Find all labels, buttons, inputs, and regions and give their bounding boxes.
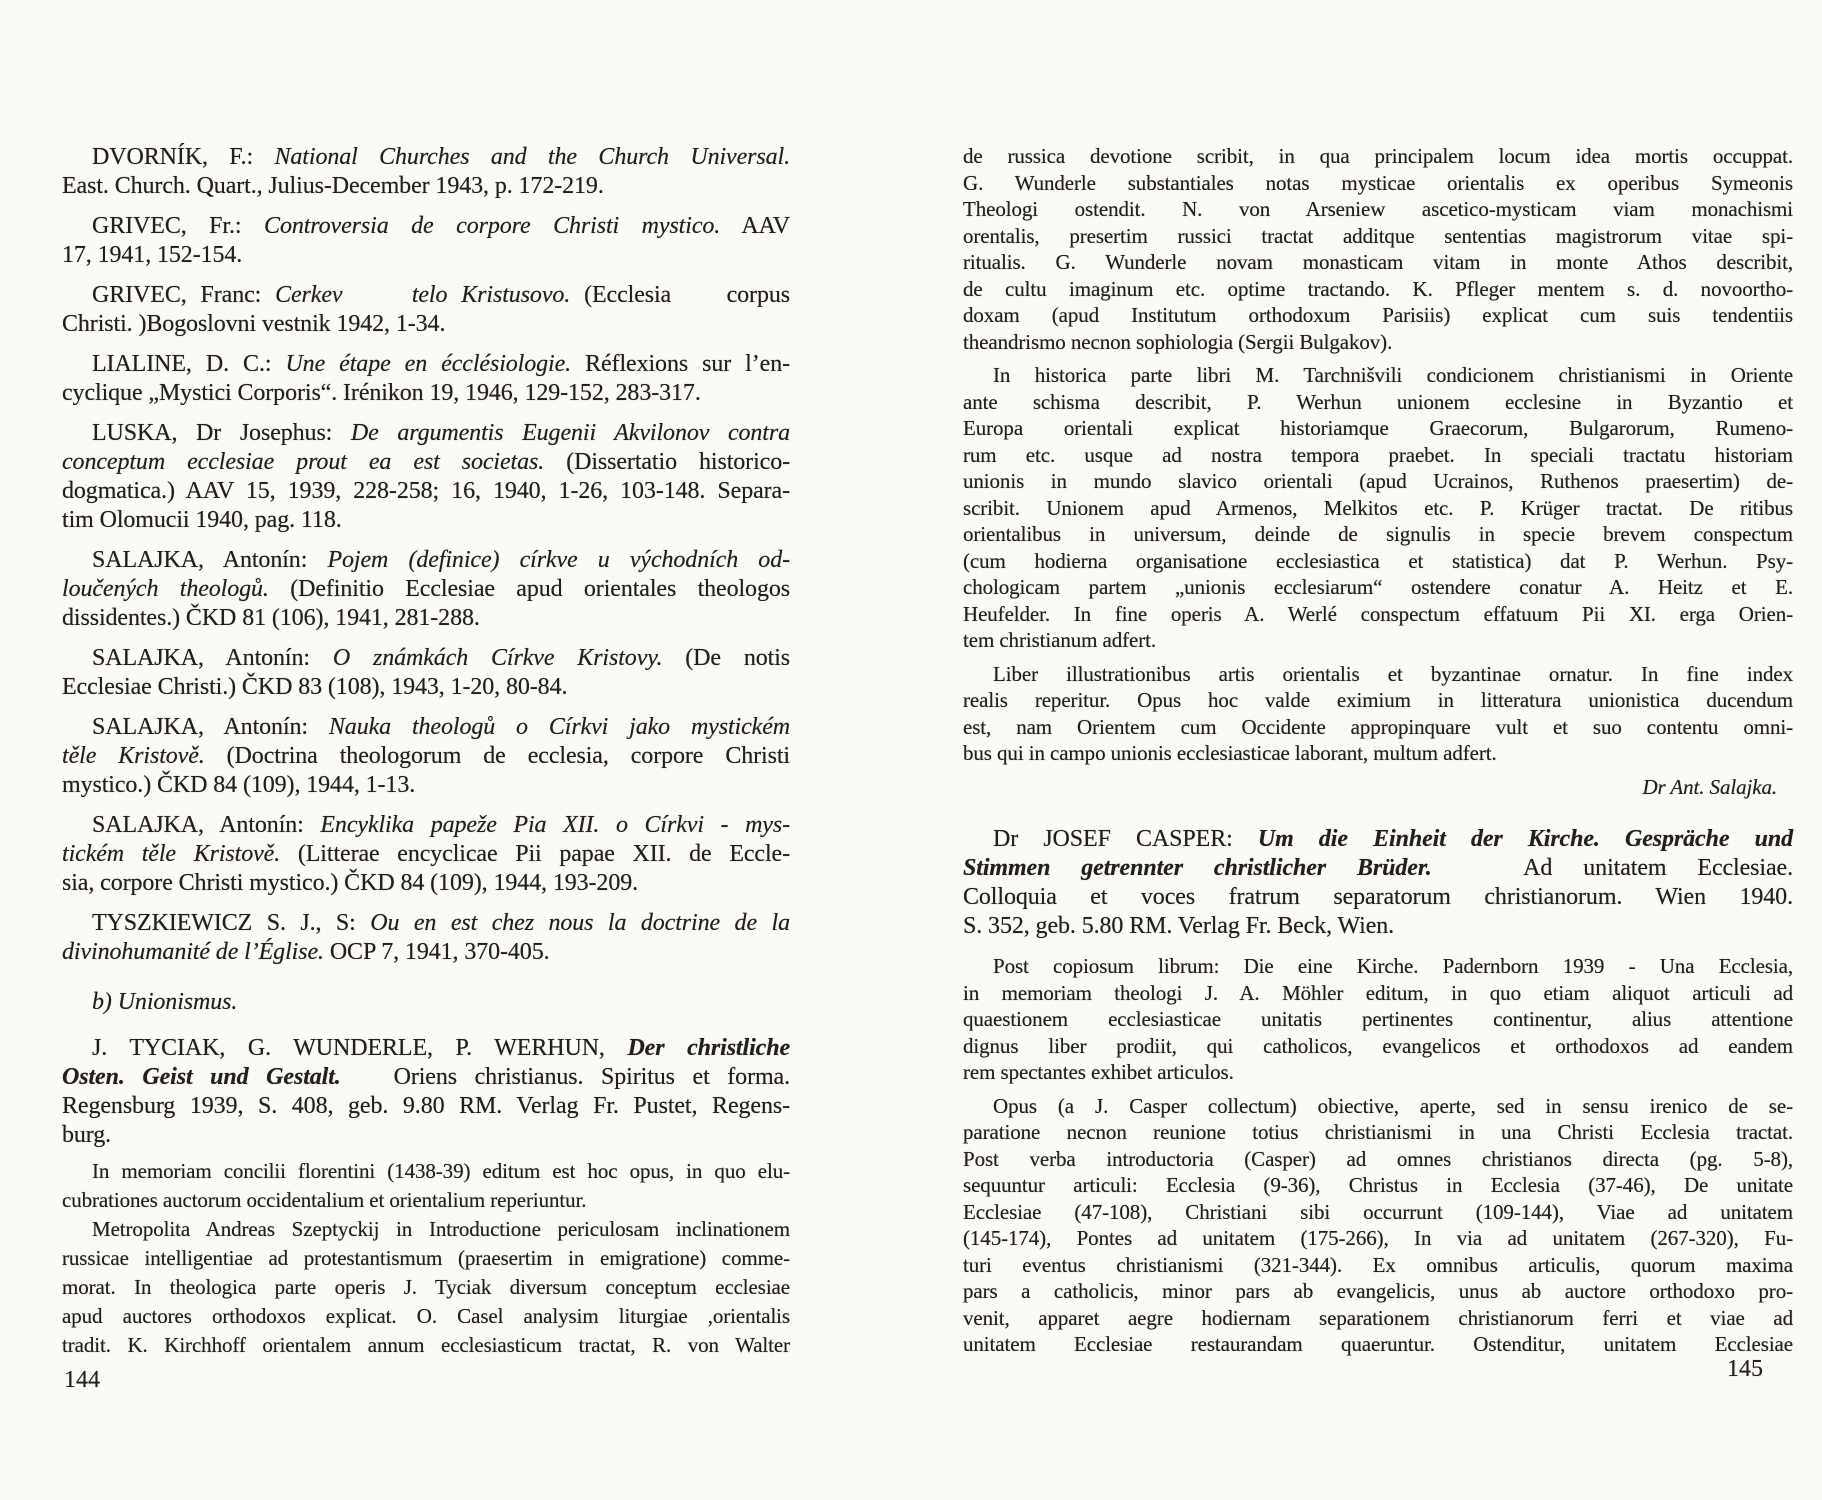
text-line: paratione necnon reunione totius christi… [963, 1119, 1793, 1146]
text-segment: pars a catholicis, minor pars ab evangel… [963, 1279, 1793, 1303]
text-segment: 17, 1941, 152-154. [62, 242, 242, 268]
text-segment: doxam (apud Institutum orthodoxum Parisi… [963, 303, 1793, 327]
text-line: chologicam partem „unionis ecclesiarum“ … [963, 574, 1793, 601]
text-line: Heufelder. In fine operis A. Werlé consp… [963, 601, 1793, 628]
work-title-segment: Pojem (definice) církve u východních od- [327, 547, 790, 573]
text-segment: scribit. Unionem apud Armenos, Melkitos … [963, 496, 1793, 520]
text-line: quaestionem ecclesiasticae unitatis pert… [963, 1006, 1793, 1033]
text-segment: East. Church. Quart., Julius-December 19… [62, 173, 604, 199]
review-paragraph: Post copiosum librum: Die eine Kirche. P… [963, 953, 1793, 1086]
text-line: In historica parte libri M. Tarchnišvili… [963, 362, 1793, 389]
text-segment: dignus liber prodiit, qui catholicos, ev… [963, 1034, 1793, 1058]
text-segment: GRIVEC, Fr.: [92, 213, 264, 239]
work-title-segment: National Churches and the Church Univers… [275, 144, 791, 170]
text-line: unitatem Ecclesiae restaurandam quaerunt… [963, 1331, 1793, 1358]
text-segment: apud auctores orthodoxos explicat. O. Ca… [62, 1304, 790, 1328]
bib-entry-dvornik: DVORNÍK, F.: National Churches and the C… [62, 143, 790, 201]
text-segment: sia, corpore Christi mystico.) ČKD 84 (1… [62, 870, 638, 896]
text-line: burg. [62, 1121, 790, 1150]
text-segment: tem christianum adfert. [963, 628, 1156, 652]
text-segment: DVORNÍK, F.: [92, 144, 275, 170]
text-segment: unionis in mundo slavico orientali (apud… [963, 469, 1793, 493]
page-number-right: 145 [963, 1356, 1791, 1383]
text-segment: (Doctrina theologorum de ecclesia, corpo… [205, 743, 790, 769]
text-line: Europa orientali explicat historiamque G… [963, 415, 1793, 442]
text-line: dignus liber prodiit, qui catholicos, ev… [963, 1033, 1793, 1060]
text-segment: AAV [720, 213, 790, 239]
text-segment: rum etc. usque ad nostra tempora praebet… [963, 443, 1793, 467]
text-line: de cultu imaginum etc. optime tractando.… [963, 276, 1793, 303]
text-segment: G. Wunderle substantiales notas mysticae… [963, 171, 1793, 195]
text-segment: sequuntur articuli: Ecclesia (9-36), Chr… [963, 1173, 1793, 1197]
text-line: East. Church. Quart., Julius-December 19… [62, 172, 790, 201]
text-line: est, nam Orientem cum Occidente appropin… [963, 714, 1793, 741]
bib-entry-grivec-2: GRIVEC, Franc: Cerkev telo Kristusovo. (… [62, 281, 790, 339]
text-line: cyclique „Mystici Corporis“. Irénikon 19… [62, 379, 790, 408]
text-line: Stimmen getrennter christlicher Brüder. … [963, 854, 1793, 883]
text-line: (cum hodierna organisatione ecclesiastic… [963, 548, 1793, 575]
text-line: rum etc. usque ad nostra tempora praebet… [963, 442, 1793, 469]
text-segment: de cultu imaginum etc. optime tractando.… [963, 277, 1793, 301]
bib-entry-tyszkiewicz: TYSZKIEWICZ S. J., S: Ou en est chez nou… [62, 909, 790, 967]
book-heading-casper: Dr JOSEF CASPER: Um die Einheit der Kirc… [963, 825, 1793, 941]
review-paragraph: In memoriam concilii florentini (1438-39… [62, 1157, 790, 1215]
text-line: conceptum ecclesiae prout ea est societa… [62, 448, 790, 477]
text-segment: (cum hodierna organisatione ecclesiastic… [963, 549, 1793, 573]
text-segment: theandrismo necnon sophiologia (Sergii B… [963, 330, 1392, 354]
bib-entry-salajka-3: SALAJKA, Antonín: Nauka theologů o Církv… [62, 713, 790, 800]
text-segment: (De notis [662, 645, 790, 671]
text-segment: SALAJKA, Antonín: [92, 812, 320, 838]
work-title-segment: loučených theologů. [62, 576, 269, 602]
text-segment: Christi. )Bogoslovni vestnik 1942, 1-34. [62, 311, 445, 337]
text-segment: In memoriam concilii florentini (1438-39… [92, 1159, 790, 1183]
text-segment: Europa orientali explicat historiamque G… [963, 416, 1793, 440]
text-segment: cyclique „Mystici Corporis“. Irénikon 19… [62, 380, 701, 406]
section-heading-unionismus: b) Unionismus. [62, 988, 790, 1017]
text-segment: orientalibus in universum, deinde de sig… [963, 522, 1793, 546]
text-line: realis reperitur. Opus hoc valde eximium… [963, 687, 1793, 714]
text-line: apud auctores orthodoxos explicat. O. Ca… [62, 1302, 790, 1331]
text-line: LIALINE, D. C.: Une étape en écclésiolog… [62, 350, 790, 379]
page-left-text-column: DVORNÍK, F.: National Churches and the C… [62, 143, 790, 1360]
text-line: b) Unionismus. [62, 988, 790, 1017]
bib-entry-salajka-4: SALAJKA, Antonín: Encyklika papeže Pia X… [62, 811, 790, 898]
text-segment: morat. In theologica parte operis J. Tyc… [62, 1275, 790, 1299]
text-segment: Regensburg 1939, S. 408, geb. 9.80 RM. V… [62, 1093, 790, 1119]
text-line: russicae intelligentiae ad protestantism… [62, 1244, 790, 1273]
text-segment: LIALINE, D. C.: [92, 351, 285, 377]
review-paragraph: In historica parte libri M. Tarchnišvili… [963, 362, 1793, 654]
bib-entry-luska: LUSKA, Dr Josephus: De argumentis Eugeni… [62, 419, 790, 535]
work-title-segment: b) Unionismus. [92, 989, 237, 1015]
text-segment: TYSZKIEWICZ S. J., S: [92, 910, 370, 936]
text-line: bus qui in campo unionis ecclesiasticae … [963, 740, 1793, 767]
text-segment: Colloquia et voces fratrum separatorum c… [963, 884, 1793, 910]
text-line: scribit. Unionem apud Armenos, Melkitos … [963, 495, 1793, 522]
text-line: in memoriam theologi J. A. Möhler editum… [963, 980, 1793, 1007]
page-number-left: 144 [64, 1367, 100, 1394]
text-line: SALAJKA, Antonín: Nauka theologů o Církv… [62, 713, 790, 742]
work-title-segment: Nauka theologů o Církvi jako mystickém [329, 714, 790, 740]
work-title-segment: Der christliche [627, 1035, 790, 1061]
text-segment: Ecclesiae (47-108), Christiani sibi occu… [963, 1200, 1793, 1224]
work-title-segment: Encyklika papeže Pia XII. o Církvi - mys… [320, 812, 790, 838]
text-line: tickém těle Kristově. (Litterae encyclic… [62, 840, 790, 869]
text-line: orientalibus in universum, deinde de sig… [963, 521, 1793, 548]
text-segment: dissidentes.) ČKD 81 (106), 1941, 281-28… [62, 605, 480, 631]
text-segment: Ecclesiae Christi.) ČKD 83 (108), 1943, … [62, 674, 567, 700]
text-line: Post copiosum librum: Die eine Kirche. P… [963, 953, 1793, 980]
text-line: Regensburg 1939, S. 408, geb. 9.80 RM. V… [62, 1092, 790, 1121]
text-line: dogmatica.) AAV 15, 1939, 228-258; 16, 1… [62, 477, 790, 506]
work-title-segment: těle Kristově. [62, 743, 205, 769]
text-line: Dr Ant. Salajka. [963, 774, 1793, 801]
text-line: dissidentes.) ČKD 81 (106), 1941, 281-28… [62, 604, 790, 633]
text-segment: LUSKA, Dr Josephus: [92, 420, 351, 446]
text-segment: est, nam Orientem cum Occidente appropin… [963, 715, 1793, 739]
text-segment: SALAJKA, Antonín: [92, 645, 333, 671]
text-segment: Réflexions sur l’en- [571, 351, 790, 377]
text-line: SALAJKA, Antonín: O známkách Církve Kris… [62, 644, 790, 673]
text-segment: Theologi ostendit. N. von Arseniew ascet… [963, 197, 1793, 221]
text-segment: paratione necnon reunione totius christi… [963, 1120, 1793, 1144]
text-segment: SALAJKA, Antonín: [92, 714, 329, 740]
text-line: Opus (a J. Casper collectum) obiective, … [963, 1093, 1793, 1120]
text-line: G. Wunderle substantiales notas mysticae… [963, 170, 1793, 197]
text-line: 17, 1941, 152-154. [62, 241, 790, 270]
bib-entry-salajka-1: SALAJKA, Antonín: Pojem (definice) církv… [62, 546, 790, 633]
text-line: pars a catholicis, minor pars ab evangel… [963, 1278, 1793, 1305]
text-line: ante schisma describit, P. Werhun unione… [963, 389, 1793, 416]
text-segment: GRIVEC, Franc: [92, 282, 275, 308]
text-segment: Post copiosum librum: Die eine Kirche. P… [993, 954, 1793, 978]
text-line: Metropolita Andreas Szeptyckij in Introd… [62, 1215, 790, 1244]
text-line: GRIVEC, Fr.: Controversia de corpore Chr… [62, 212, 790, 241]
text-line: turi eventus christianismi (321-344). Ex… [963, 1252, 1793, 1279]
text-segment: turi eventus christianismi (321-344). Ex… [963, 1253, 1793, 1277]
text-line: ritualis. G. Wunderle novam monasticam v… [963, 249, 1793, 276]
text-line: cubrationes auctorum occidentalium et or… [62, 1186, 790, 1215]
text-line: Post verba introductoria (Casper) ad omn… [963, 1146, 1793, 1173]
text-segment: mystico.) ČKD 84 (109), 1944, 1-13. [62, 772, 415, 798]
text-segment: bus qui in campo unionis ecclesiasticae … [963, 741, 1497, 765]
text-line: morat. In theologica parte operis J. Tyc… [62, 1273, 790, 1302]
text-line: SALAJKA, Antonín: Pojem (definice) církv… [62, 546, 790, 575]
text-segment: (Dissertatio historico- [544, 449, 790, 475]
bib-entry-grivec-1: GRIVEC, Fr.: Controversia de corpore Chr… [62, 212, 790, 270]
text-line: theandrismo necnon sophiologia (Sergii B… [963, 329, 1793, 356]
text-line: tradit. K. Kirchhoff orientalem annum ec… [62, 1331, 790, 1360]
text-segment: quaestionem ecclesiasticae unitatis pert… [963, 1007, 1793, 1031]
text-line: rem spectantes exhibet articulos. [963, 1059, 1793, 1086]
work-title-segment: Osten. Geist und Gestalt. [62, 1064, 341, 1090]
text-line: těle Kristově. (Doctrina theologorum de … [62, 742, 790, 771]
text-line: sia, corpore Christi mystico.) ČKD 84 (1… [62, 869, 790, 898]
work-title-segment: Dr Ant. Salajka. [1642, 775, 1777, 799]
text-segment: SALAJKA, Antonín: [92, 547, 327, 573]
work-title-segment: De argumentis Eugenii Akvilonov contra [351, 420, 790, 446]
text-line: DVORNÍK, F.: National Churches and the C… [62, 143, 790, 172]
text-line: venit, apparet aegre hodiernam separatio… [963, 1305, 1793, 1332]
text-segment: (Ecclesia corpus [570, 282, 790, 308]
text-segment: chologicam partem „unionis ecclesiarum“ … [963, 575, 1793, 599]
text-line: (145-174), Pontes ad unitatem (175-266),… [963, 1225, 1793, 1252]
text-line: GRIVEC, Franc: Cerkev telo Kristusovo. (… [62, 281, 790, 310]
text-line: Dr JOSEF CASPER: Um die Einheit der Kirc… [963, 825, 1793, 854]
text-segment: J. TYCIAK, G. WUNDERLE, P. WERHUN, [92, 1035, 627, 1061]
work-title-segment: Stimmen getrennter christlicher Brüder. [963, 855, 1432, 881]
text-segment: tim Olomucii 1940, pag. 118. [62, 507, 342, 533]
review-paragraph: Liber illustrationibus artis orientalis … [963, 661, 1793, 767]
text-segment: de russica devotione scribit, in qua pri… [963, 144, 1793, 168]
text-segment: burg. [62, 1122, 111, 1148]
review-paragraph-continued: de russica devotione scribit, in qua pri… [963, 143, 1793, 355]
work-title-segment: Cerkev telo Kristusovo. [275, 282, 570, 308]
text-line: Colloquia et voces fratrum separatorum c… [963, 883, 1793, 912]
text-segment: Opus (a J. Casper collectum) obiective, … [993, 1094, 1793, 1118]
text-segment: unitatem Ecclesiae restaurandam quaerunt… [963, 1332, 1793, 1356]
text-line: Christi. )Bogoslovni vestnik 1942, 1-34. [62, 310, 790, 339]
page-right-text-column: de russica devotione scribit, in qua pri… [963, 143, 1793, 1365]
work-title-segment: conceptum ecclesiae prout ea est societa… [62, 449, 544, 475]
work-title-segment: Um die Einheit der Kirche. Gespräche und [1258, 826, 1793, 852]
work-title-segment: tickém těle Kristově. [62, 841, 280, 867]
text-line: In memoriam concilii florentini (1438-39… [62, 1157, 790, 1186]
text-segment: Metropolita Andreas Szeptyckij in Introd… [92, 1217, 790, 1241]
work-title-segment: Une étape en écclésiologie. [285, 351, 571, 377]
text-segment: (Definitio Ecclesiae apud orientales the… [269, 576, 790, 602]
text-line: LUSKA, Dr Josephus: De argumentis Eugeni… [62, 419, 790, 448]
text-line: Ecclesiae Christi.) ČKD 83 (108), 1943, … [62, 673, 790, 702]
text-segment: orentalis, presertim russici tractat add… [963, 224, 1793, 248]
book-spread: DVORNÍK, F.: National Churches and the C… [0, 0, 1822, 1500]
text-segment: rem spectantes exhibet articulos. [963, 1060, 1234, 1084]
text-segment: ante schisma describit, P. Werhun unione… [963, 390, 1793, 414]
text-line: de russica devotione scribit, in qua pri… [963, 143, 1793, 170]
text-line: unionis in mundo slavico orientali (apud… [963, 468, 1793, 495]
bib-entry-lialine: LIALINE, D. C.: Une étape en écclésiolog… [62, 350, 790, 408]
text-line: doxam (apud Institutum orthodoxum Parisi… [963, 302, 1793, 329]
text-segment: OCP 7, 1941, 370-405. [324, 939, 550, 965]
work-title-segment: O známkách Církve Kristovy. [333, 645, 663, 671]
text-segment: dogmatica.) AAV 15, 1939, 228-258; 16, 1… [62, 478, 790, 504]
text-line: SALAJKA, Antonín: Encyklika papeže Pia X… [62, 811, 790, 840]
text-line: mystico.) ČKD 84 (109), 1944, 1-13. [62, 771, 790, 800]
text-line: S. 352, geb. 5.80 RM. Verlag Fr. Beck, W… [963, 912, 1793, 941]
work-title-segment: Controversia de corpore Christi mystico. [264, 213, 720, 239]
text-segment: cubrationes auctorum occidentalium et or… [62, 1188, 586, 1212]
text-segment: Oriens christianus. Spiritus et forma. [341, 1064, 790, 1090]
text-segment: venit, apparet aegre hodiernam separatio… [963, 1306, 1793, 1330]
text-line: loučených theologů. (Definitio Ecclesiae… [62, 575, 790, 604]
text-segment: Post verba introductoria (Casper) ad omn… [963, 1147, 1793, 1171]
text-segment: Dr JOSEF CASPER: [993, 826, 1258, 852]
text-segment: tradit. K. Kirchhoff orientalem annum ec… [62, 1333, 790, 1357]
text-line: sequuntur articuli: Ecclesia (9-36), Chr… [963, 1172, 1793, 1199]
work-title-segment: Ou en est chez nous la doctrine de la [370, 910, 790, 936]
text-segment: (145-174), Pontes ad unitatem (175-266),… [963, 1226, 1793, 1250]
text-segment: S. 352, geb. 5.80 RM. Verlag Fr. Beck, W… [963, 913, 1394, 939]
text-segment: Ad unitatem Ecclesiae. [1432, 855, 1793, 881]
text-segment: russicae intelligentiae ad protestantism… [62, 1246, 790, 1270]
text-line: Theologi ostendit. N. von Arseniew ascet… [963, 196, 1793, 223]
review-paragraph: Metropolita Andreas Szeptyckij in Introd… [62, 1215, 790, 1360]
text-line: orentalis, presertim russici tractat add… [963, 223, 1793, 250]
text-segment: In historica parte libri M. Tarchnišvili… [993, 363, 1793, 387]
review-paragraph: Opus (a J. Casper collectum) obiective, … [963, 1093, 1793, 1358]
review-signature: Dr Ant. Salajka. [963, 774, 1793, 801]
text-line: J. TYCIAK, G. WUNDERLE, P. WERHUN, Der c… [62, 1034, 790, 1063]
text-line: Osten. Geist und Gestalt. Oriens christi… [62, 1063, 790, 1092]
text-segment: realis reperitur. Opus hoc valde eximium… [963, 688, 1793, 712]
bib-entry-salajka-2: SALAJKA, Antonín: O známkách Církve Kris… [62, 644, 790, 702]
text-line: tem christianum adfert. [963, 627, 1793, 654]
text-line: Ecclesiae (47-108), Christiani sibi occu… [963, 1199, 1793, 1226]
text-segment: in memoriam theologi J. A. Möhler editum… [963, 981, 1793, 1005]
text-line: Liber illustrationibus artis orientalis … [963, 661, 1793, 688]
work-title-segment: divinohumanité de l’Église. [62, 939, 324, 965]
text-segment: (Litterae encyclicae Pii papae XII. de E… [280, 841, 790, 867]
text-segment: ritualis. G. Wunderle novam monasticam v… [963, 250, 1793, 274]
book-heading-tyciak: J. TYCIAK, G. WUNDERLE, P. WERHUN, Der c… [62, 1034, 790, 1150]
text-line: TYSZKIEWICZ S. J., S: Ou en est chez nou… [62, 909, 790, 938]
text-segment: Liber illustrationibus artis orientalis … [993, 662, 1793, 686]
text-segment: Heufelder. In fine operis A. Werlé consp… [963, 602, 1793, 626]
text-line: divinohumanité de l’Église. OCP 7, 1941,… [62, 938, 790, 967]
text-line: tim Olomucii 1940, pag. 118. [62, 506, 790, 535]
